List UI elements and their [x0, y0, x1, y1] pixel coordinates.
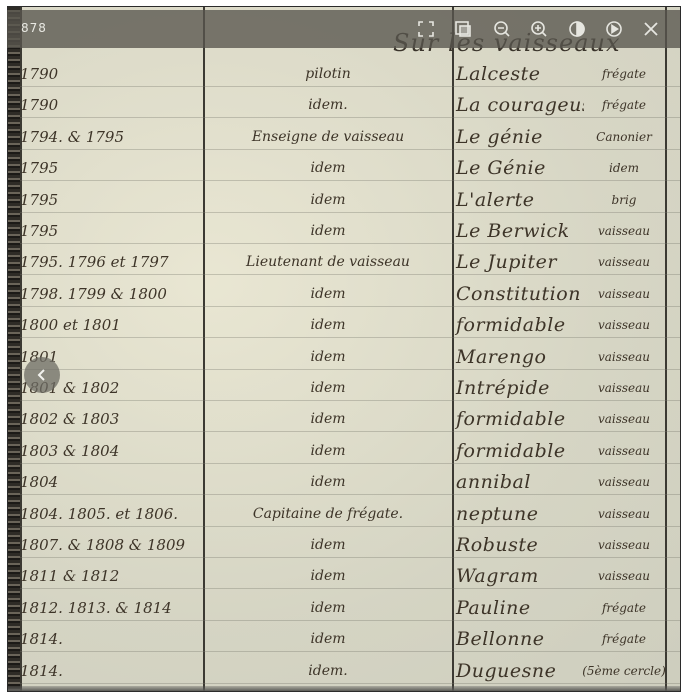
ship-type: brig: [578, 185, 670, 216]
table-row: 1812. 1813. & 1814idemPaulinefrégate: [8, 593, 680, 624]
ship-type: vaisseau: [578, 310, 670, 341]
ship-type: frégate: [578, 90, 670, 121]
crop-icon[interactable]: [454, 20, 472, 38]
service-years: 1795: [20, 185, 200, 216]
contrast-icon[interactable]: [568, 20, 586, 38]
ship-type: vaisseau: [578, 373, 670, 404]
table-row: 1795. 1796 et 1797Lieutenant de vaisseau…: [8, 247, 680, 278]
service-years: 1790: [20, 59, 200, 90]
ship-name: formidable: [448, 436, 584, 467]
ship-type: vaisseau: [578, 404, 670, 435]
ship-name: neptune: [448, 499, 584, 530]
ship-name: Wagram: [448, 561, 584, 592]
rank: idem: [208, 153, 448, 184]
ship-name: annibal: [448, 467, 584, 498]
viewer-toolbar: 878: [7, 10, 680, 48]
chevron-left-icon: [33, 366, 51, 384]
table-row: 1795idemLe Berwickvaisseau: [8, 216, 680, 247]
ship-name: Le Berwick: [448, 216, 584, 247]
table-row: 1795idemLe Génieidem: [8, 153, 680, 184]
service-years: 1795. 1796 et 1797: [20, 247, 200, 278]
table-row: 1790pilotinLalcestefrégate: [8, 59, 680, 90]
service-years: 1811 & 1812: [20, 561, 200, 592]
rank: idem.: [208, 656, 448, 687]
document-scan: Sur les vaisseaux 1790pilotinLalcestefré…: [7, 6, 681, 692]
table-row: 1803 & 1804idemformidablevaisseau: [8, 436, 680, 467]
ship-type: idem: [578, 153, 670, 184]
table-row: 1802 & 1803idemformidablevaisseau: [8, 404, 680, 435]
ship-type: vaisseau: [578, 342, 670, 373]
ship-type: vaisseau: [578, 216, 670, 247]
page-edge-shadow: [8, 686, 680, 691]
ship-name: Bellonne: [448, 624, 584, 655]
ship-name: Le Jupiter: [448, 247, 584, 278]
ship-name: Pauline: [448, 593, 584, 624]
ship-type: vaisseau: [578, 436, 670, 467]
rank: idem: [208, 342, 448, 373]
ship-name: Robuste: [448, 530, 584, 561]
service-years: 1803 & 1804: [20, 436, 200, 467]
table-row: 1804idemannibalvaisseau: [8, 467, 680, 498]
rank: Enseigne de vaisseau: [208, 122, 448, 153]
play-icon[interactable]: [605, 20, 623, 38]
table-row: 1794. & 1795Enseigne de vaisseauLe génie…: [8, 122, 680, 153]
rank: idem: [208, 404, 448, 435]
table-row: 1804. 1805. et 1806.Capitaine de frégate…: [8, 499, 680, 530]
table-row: 1814.idemBellonnefrégate: [8, 624, 680, 655]
service-years: 1795: [20, 216, 200, 247]
service-years: 1804. 1805. et 1806.: [20, 499, 200, 530]
service-years: 1800 et 1801: [20, 310, 200, 341]
service-years: 1794. & 1795: [20, 122, 200, 153]
zoom-in-icon[interactable]: [530, 20, 548, 38]
ship-name: formidable: [448, 310, 584, 341]
rank: Lieutenant de vaisseau: [208, 247, 448, 278]
table-row: 1798. 1799 & 1800idemConstitutionvaissea…: [8, 279, 680, 310]
ship-type: Canonier: [578, 122, 670, 153]
rank: idem: [208, 310, 448, 341]
table-row: 1801idemMarengovaisseau: [8, 342, 680, 373]
service-years: 1807. & 1808 & 1809: [20, 530, 200, 561]
rank: idem: [208, 436, 448, 467]
rank: idem: [208, 624, 448, 655]
service-years: 1814.: [20, 624, 200, 655]
ship-name: Intrépide: [448, 373, 584, 404]
ship-type: vaisseau: [578, 279, 670, 310]
table-row: 1811 & 1812idemWagramvaisseau: [8, 561, 680, 592]
ship-name: Constitution: [448, 279, 584, 310]
page-counter: 878: [21, 21, 47, 35]
previous-image-button[interactable]: [24, 357, 60, 393]
service-years: 1804: [20, 467, 200, 498]
zoom-out-icon[interactable]: [493, 20, 511, 38]
service-years: 1812. 1813. & 1814: [20, 593, 200, 624]
service-years: 1802 & 1803: [20, 404, 200, 435]
ship-name: Le génie: [448, 122, 584, 153]
service-years: 1814.: [20, 656, 200, 687]
ship-name: Marengo: [448, 342, 584, 373]
rank: idem.: [208, 90, 448, 121]
table-row: 1790idem.La courageusefrégate: [8, 90, 680, 121]
ship-type: vaisseau: [578, 467, 670, 498]
ship-name: formidable: [448, 404, 584, 435]
rank: idem: [208, 561, 448, 592]
service-years: 1798. 1799 & 1800: [20, 279, 200, 310]
table-row: 1807. & 1808 & 1809idemRobustevaisseau: [8, 530, 680, 561]
rank: idem: [208, 373, 448, 404]
table-row: 1801 & 1802idemIntrépidevaisseau: [8, 373, 680, 404]
rank: idem: [208, 530, 448, 561]
rank: Capitaine de frégate.: [208, 499, 448, 530]
rank: idem: [208, 279, 448, 310]
table-row: 1795idemL'alertebrig: [8, 185, 680, 216]
ship-type: (5ème cercle): [578, 656, 670, 687]
ship-type: frégate: [578, 593, 670, 624]
rank: idem: [208, 467, 448, 498]
service-years: 1795: [20, 153, 200, 184]
ship-name: Lalceste: [448, 59, 584, 90]
fullscreen-icon[interactable]: [417, 20, 435, 38]
ship-type: frégate: [578, 624, 670, 655]
ship-type: vaisseau: [578, 530, 670, 561]
rank: idem: [208, 593, 448, 624]
ship-type: vaisseau: [578, 247, 670, 278]
ship-name: La courageuse: [448, 90, 584, 121]
ship-name: L'alerte: [448, 185, 584, 216]
ship-type: vaisseau: [578, 561, 670, 592]
close-icon[interactable]: [642, 20, 660, 38]
service-years: 1790: [20, 90, 200, 121]
rank: idem: [208, 216, 448, 247]
ship-type: frégate: [578, 59, 670, 90]
rank: pilotin: [208, 59, 448, 90]
rank: idem: [208, 185, 448, 216]
ship-name: Le Génie: [448, 153, 584, 184]
ship-name: Duguesne: [448, 656, 584, 687]
ship-type: vaisseau: [578, 499, 670, 530]
table-row: 1814.idem.Duguesne(5ème cercle): [8, 656, 680, 687]
table-row: 1800 et 1801idemformidablevaisseau: [8, 310, 680, 341]
